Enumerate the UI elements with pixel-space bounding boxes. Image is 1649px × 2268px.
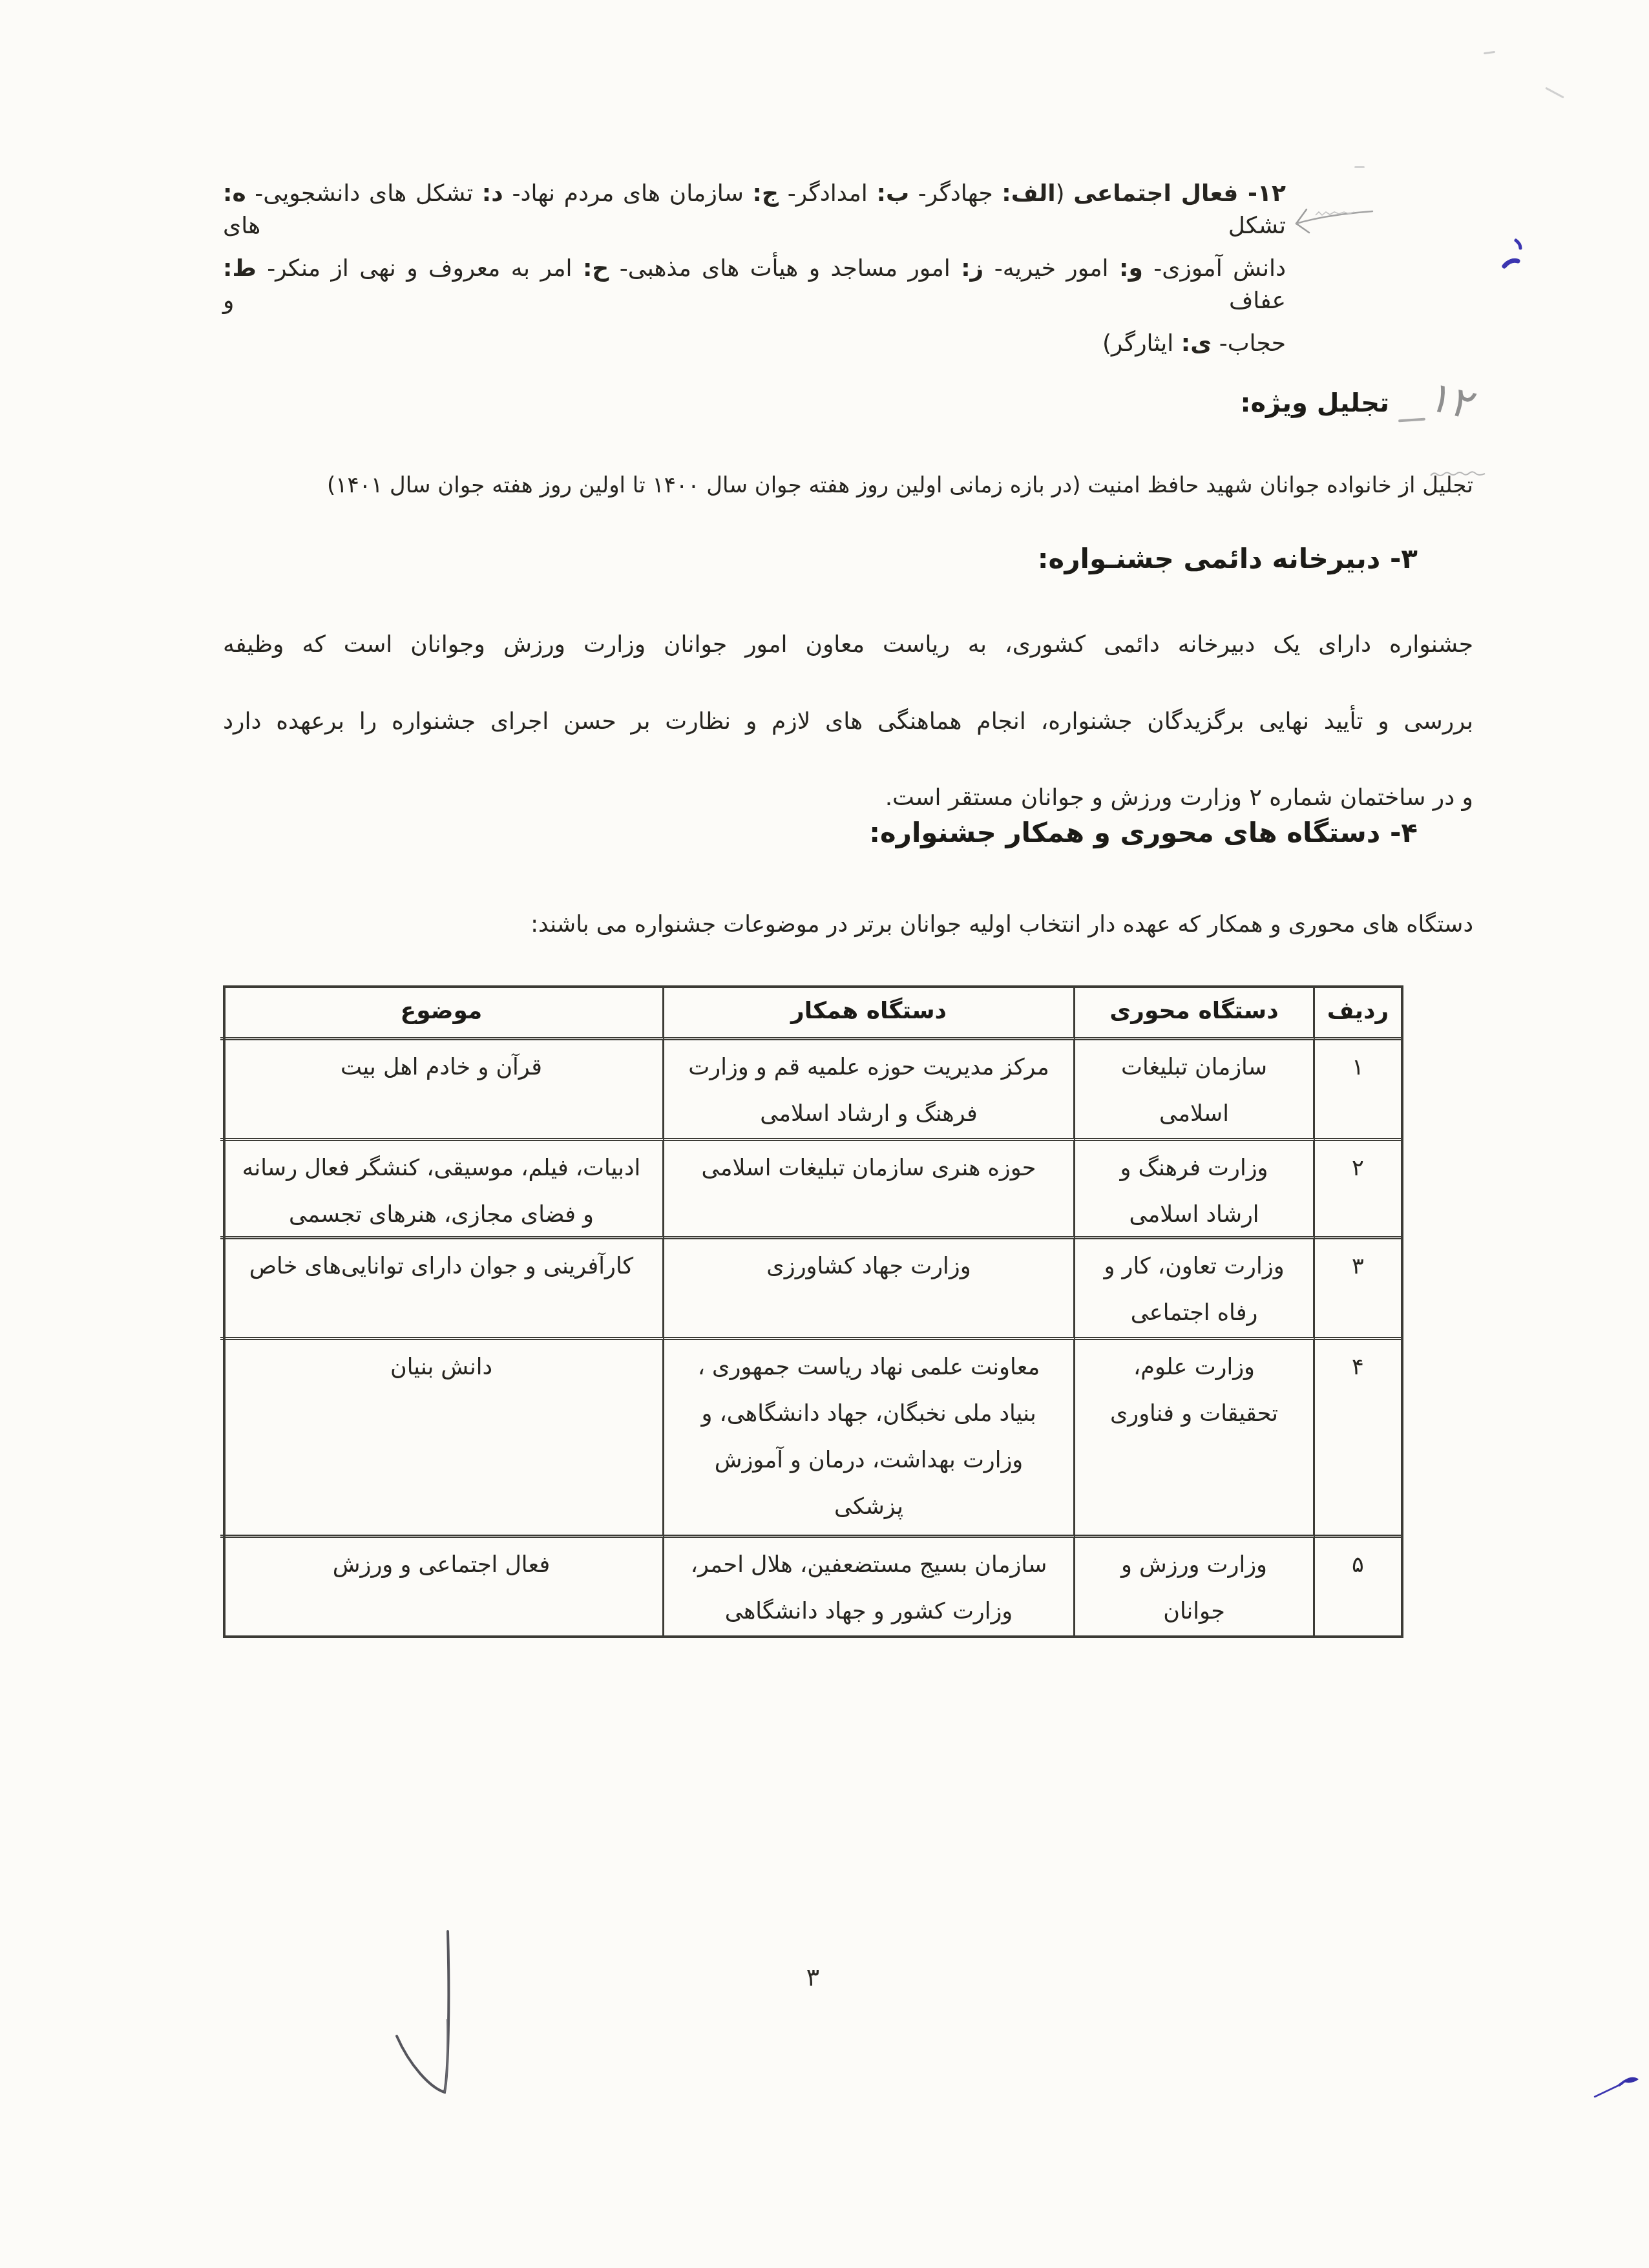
pencil-arrow-annotation xyxy=(1291,195,1375,242)
list-item-12-label: د: xyxy=(482,180,503,207)
pencil-number-annotation: ۱۲ xyxy=(1423,373,1482,429)
list-item-12-label: و: xyxy=(1119,255,1143,282)
section-3-line: بررسی و تأیید نهایی برگزیدگان جشنواره، ا… xyxy=(223,706,1473,738)
list-item-12-label: ز: xyxy=(961,255,983,282)
list-item-12-label: ح: xyxy=(583,255,609,282)
faint-pencil-dash xyxy=(1545,87,1564,99)
header-central-org: دستگاه محوری xyxy=(1075,988,1315,1037)
cell-central-org: وزارت تعاون، کار ورفاه اجتماعی xyxy=(1075,1236,1315,1337)
cell-subject: دانش بنیان xyxy=(220,1337,664,1535)
blue-ink-scribble-bottom xyxy=(1593,2071,1641,2101)
list-item-12-text: امور مساجد و هیأت های مذهبی- xyxy=(609,255,961,282)
faint-pencil-dash xyxy=(1354,166,1365,168)
list-item-12-line: دانش آموزی- و: امور خیریه- ز: امور مساجد… xyxy=(223,253,1286,317)
cell-row-no: ۲ xyxy=(1315,1138,1401,1236)
list-item-12-line: ۱۲- فعال اجتماعی (الف: جهادگر- ب: امدادگ… xyxy=(223,178,1286,242)
cell-subject: کارآفرینی و جوان دارای توانایی‌های خاص xyxy=(220,1236,664,1337)
scanned-document-page: ۱۲- فعال اجتماعی (الف: جهادگر- ب: امدادگ… xyxy=(0,0,1649,2268)
cell-partner-org: معاونت علمی نهاد ریاست جمهوری ،بنیاد ملی… xyxy=(664,1337,1075,1535)
list-item-12-label: ی: xyxy=(1181,330,1212,357)
special-tribute-heading: تجلیل ویژه: xyxy=(1240,386,1389,420)
cell-partner-org: مرکز مدیریت حوزه علمیه قم و وزارتفرهنگ و… xyxy=(664,1037,1075,1138)
section-3-line: و در ساختمان شماره ۲ وزارت ورزش و جوانان… xyxy=(885,782,1473,814)
special-tribute-body: تجلیل از خانواده جوانان شهید حافظ امنیت … xyxy=(327,469,1473,501)
cell-subject: فعال اجتماعی و ورزش xyxy=(220,1535,664,1635)
header-partner-org: دستگاه همکار xyxy=(664,988,1075,1037)
list-item-12-text: امر به معروف و نهی از منکر- xyxy=(257,255,583,282)
list-item-12-text: دانش آموزی- xyxy=(1143,255,1286,282)
page-number: ۳ xyxy=(797,1963,828,1991)
section-3-line: جشنواره دارای یک دبیرخانه دائمی کشوری، ب… xyxy=(223,629,1473,661)
handwritten-checkmark xyxy=(385,1922,463,2106)
section-4-intro: دستگاه های محوری و همکار که عهده دار انت… xyxy=(530,908,1473,941)
cell-row-no: ۳ xyxy=(1315,1236,1401,1337)
list-item-12-text: امور خیریه- xyxy=(983,255,1119,282)
blue-ink-tick-top xyxy=(1500,236,1528,274)
cell-row-no: ۴ xyxy=(1315,1337,1401,1535)
list-item-12-text: ( xyxy=(1056,180,1074,207)
list-item-12-label: ۱۲- فعال اجتماعی xyxy=(1073,180,1286,207)
list-item-12-line: حجاب- ی: ایثارگر) xyxy=(223,328,1286,360)
cell-subject: قرآن و خادم اهل بیت xyxy=(220,1037,664,1138)
cell-central-org: سازمان تبلیغاتاسلامی xyxy=(1075,1037,1315,1138)
cell-central-org: وزارت علوم،تحقیقات و فناوری xyxy=(1075,1337,1315,1535)
list-item-12-text: امدادگر- xyxy=(779,180,877,207)
cell-row-no: ۱ xyxy=(1315,1037,1401,1138)
list-item-12-text: تشکل های xyxy=(223,213,1286,239)
section-3-heading: ۳- دبیرخانه دائمی جشنـواره: xyxy=(1038,541,1418,576)
header-subject: موضوع xyxy=(220,988,664,1037)
section-4-heading: ۴- دستگاه های محوری و همکار جشنواره: xyxy=(869,815,1418,850)
list-item-12-text: سازمان های مردم نهاد- xyxy=(503,180,753,207)
cell-central-org: وزارت ورزش وجوانان xyxy=(1075,1535,1315,1635)
pencil-dash-annotation xyxy=(1398,418,1425,423)
header-row-no: ردیف xyxy=(1315,988,1401,1037)
list-item-12-text: عفاف و xyxy=(223,288,1286,314)
list-item-12-label: ج: xyxy=(753,180,779,207)
cell-partner-org: حوزه هنری سازمان تبلیغات اسلامی xyxy=(664,1138,1075,1236)
list-item-12-label: ب: xyxy=(877,180,910,207)
list-item-12-text: جهادگر- xyxy=(909,180,1002,207)
list-item-12-text: حجاب- xyxy=(1212,330,1286,357)
organizations-table: ردیفدستگاه محوریدستگاه همکارموضوع۱سازمان… xyxy=(223,985,1403,1638)
list-item-12-label: الف: xyxy=(1002,180,1055,207)
list-item-12-label: ط: xyxy=(223,255,257,282)
list-item-12-label: ه: xyxy=(223,180,246,207)
cell-row-no: ۵ xyxy=(1315,1535,1401,1635)
cell-partner-org: وزارت جهاد کشاورزی xyxy=(664,1236,1075,1337)
cell-subject: ادبیات، فیلم، موسیقی، کنشگر فعال رسانهو … xyxy=(220,1138,664,1236)
cell-partner-org: سازمان بسیج مستضعفین، هلال احمر،وزارت کش… xyxy=(664,1535,1075,1635)
faint-pencil-dash xyxy=(1484,51,1495,54)
list-item-12-text: ایثارگر) xyxy=(1102,330,1181,357)
cell-central-org: وزارت فرهنگ وارشاد اسلامی xyxy=(1075,1138,1315,1236)
list-item-12-text: تشکل های دانشجویی- xyxy=(246,180,482,207)
